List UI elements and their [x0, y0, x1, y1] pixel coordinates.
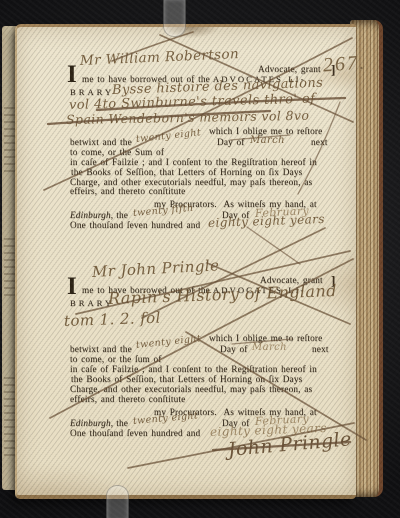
next-text: next — [312, 344, 329, 354]
edinburgh-word: Edinburgh, — [70, 210, 113, 220]
signed-day-handwriting: twenty fifth — [133, 203, 194, 219]
signed-year-handwriting: eighty eight years — [208, 212, 325, 230]
failzie-consent-text: in caſe of Failzie ; and I conſent to th… — [70, 157, 317, 167]
borrower-name-handwriting: Mr William Robertson — [80, 46, 240, 69]
the-word: the — [116, 418, 128, 428]
page-holder-strap-top — [163, 0, 186, 37]
the-word: the — [116, 210, 128, 220]
edinburgh-word: Edinburgh, — [70, 418, 113, 428]
effeirs-constitute-text: effeirs, and thereto conſtitute — [70, 394, 185, 404]
signed-day-handwriting: twenty eight — [133, 410, 199, 427]
books-of-session-text: the Books of Seſſion, that Letters of Ho… — [71, 374, 302, 384]
return-day-handwriting: twenty eight — [135, 333, 201, 351]
day-of-text: Day of — [220, 344, 248, 354]
return-day-handwriting: twenty eight — [135, 127, 201, 145]
edinburgh-text: Edinburgh,the — [70, 418, 128, 428]
betwixt-text: betwixt and the — [70, 344, 132, 354]
year-line-text: One thouſand ſeven hundred and — [70, 220, 200, 230]
return-month-handwriting: March — [250, 135, 285, 146]
books-of-session-text: the Books of Seſſion, that Letters of Ho… — [71, 167, 302, 177]
charge-executorials-text: Charge, and other executorials needful, … — [70, 384, 312, 394]
betwixt-text: betwixt and the — [70, 137, 132, 147]
brary-caps: brary — [70, 87, 114, 97]
page-holder-strap-bottom — [106, 485, 129, 518]
advocate-grant-text: Advocate, grant — [258, 64, 321, 74]
photo-background: 267. I Mr William Robertson Advocate, gr… — [0, 0, 400, 518]
return-month-handwriting: March — [252, 342, 287, 353]
sum-of-text: to come, or the Sum of — [70, 147, 164, 157]
edinburgh-text: Edinburgh,the — [70, 210, 128, 220]
day-of-text: Day of — [217, 137, 245, 147]
drop-cap-initial: I — [67, 274, 77, 299]
failzie-consent-text: in caſe of Failzie ; and I conſent to th… — [70, 364, 317, 374]
drop-cap-initial: I — [67, 62, 77, 87]
margin-bracket: ] — [331, 62, 336, 78]
bleedthrough-marks — [4, 376, 15, 456]
register-page: 267. I Mr William Robertson Advocate, gr… — [15, 24, 356, 499]
book-title-handwriting: Spain Wendeborn's memoirs vol 8vo — [66, 108, 310, 127]
year-line-text: One thouſand ſeven hundred and — [70, 428, 200, 438]
bleedthrough-marks — [4, 236, 15, 296]
bleedthrough-marks — [4, 102, 15, 172]
sum-of-text: to come, or the ſum of — [70, 354, 162, 364]
book-title-handwriting: tom 1. 2. fol — [64, 309, 161, 330]
next-text: next — [311, 137, 328, 147]
borrow-entry-2: I Mr John Pringle Advocate, grant ] me t… — [70, 269, 332, 474]
effeirs-constitute-text: effeirs, and thereto conſtitute — [70, 186, 185, 196]
borrow-entry-1: I Mr William Robertson Advocate, grant ]… — [70, 61, 332, 266]
